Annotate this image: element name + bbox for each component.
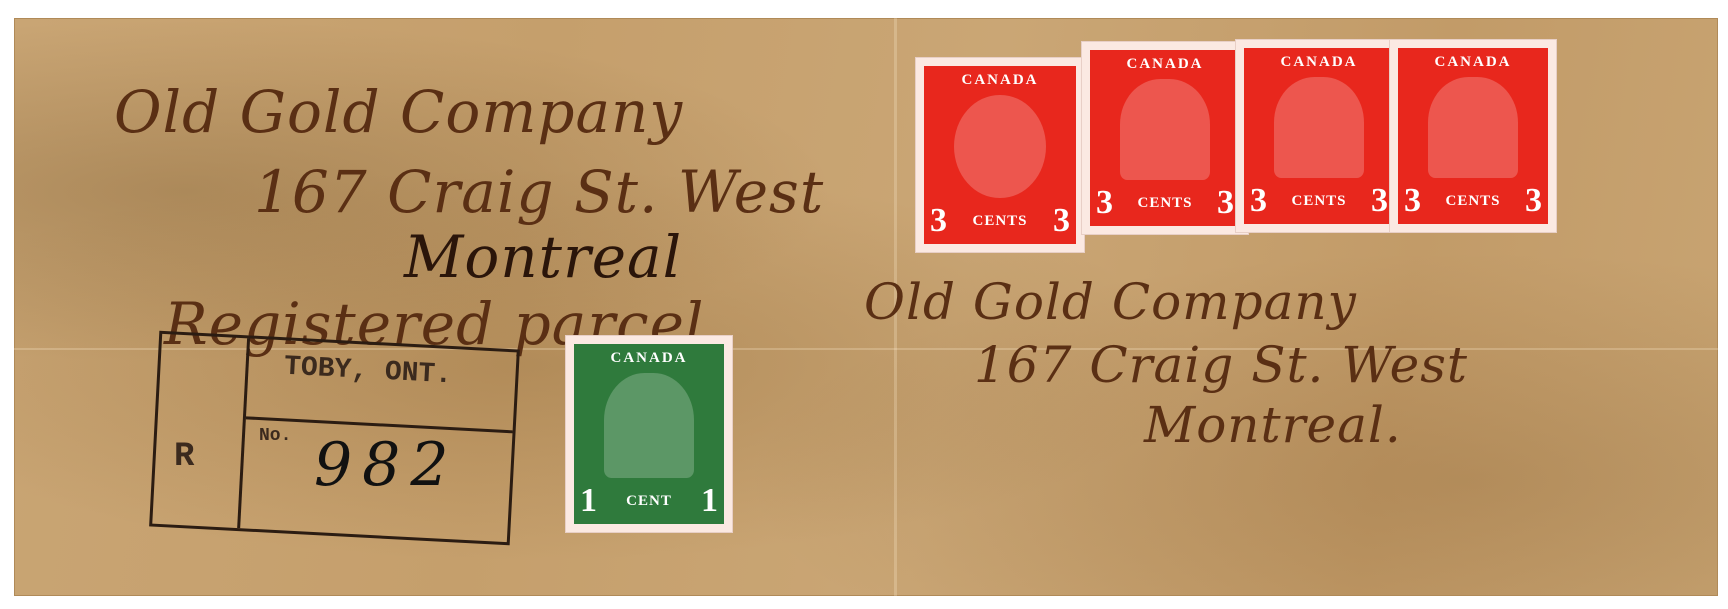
recipient-line-1: Old Gold Company [864,273,1357,331]
stamp-value: 3 [1053,204,1070,238]
registration-no-label: No. [259,426,291,446]
king-portrait-icon [604,373,694,478]
stamp-3-cents: CANADA 3 CENTS 3 [1390,40,1556,232]
stamp-value: 3 [1371,184,1388,218]
stamp-value: 1 [701,484,718,518]
sender-line-1: Old Gold Company [114,78,683,146]
stamp-value: 1 [580,484,597,518]
stamp-country: CANADA [1281,54,1358,71]
king-portrait-icon [1274,77,1364,178]
stamp-value: 3 [1217,186,1234,220]
recipient-line-2: 167 Craig St. West [974,336,1468,394]
envelope: Old Gold Company 167 Craig St. West Mont… [14,18,1718,596]
registration-side-mark: R [174,438,194,476]
stamp-country: CANADA [611,350,688,367]
stamp-value: 3 [1525,184,1542,218]
stamp-3-cents: CANADA 3 CENTS 3 [1082,42,1248,234]
stamp-unit: CENTS [1291,193,1346,210]
stamp-unit: CENTS [972,213,1027,230]
sender-line-3: Montreal [404,223,682,291]
stamp-unit: CENTS [1445,193,1500,210]
king-portrait-icon [954,95,1045,198]
stamp-country: CANADA [962,72,1039,89]
stamp-3-cents: CANADA 3 CENTS 3 [1236,40,1402,232]
stamp-country: CANADA [1127,56,1204,73]
king-portrait-icon [1120,79,1210,180]
sender-line-2: 167 Craig St. West [254,158,824,226]
stamp-value: 3 [1404,184,1421,218]
stamp-unit: CENT [626,493,672,510]
stamp-unit: CENTS [1137,195,1192,212]
stamp-3-cents-medallion: CANADA 3 CENTS 3 [916,58,1084,252]
stamp-value: 3 [1096,186,1113,220]
stamp-country: CANADA [1435,54,1512,71]
stamp-value: 3 [1250,184,1267,218]
registration-number: 982 [314,430,459,500]
king-portrait-icon [1428,77,1518,178]
stamp-value: 3 [930,204,947,238]
stamp-1-cent: CANADA 1 CENT 1 [566,336,732,532]
recipient-line-3: Montreal. [1144,396,1402,454]
